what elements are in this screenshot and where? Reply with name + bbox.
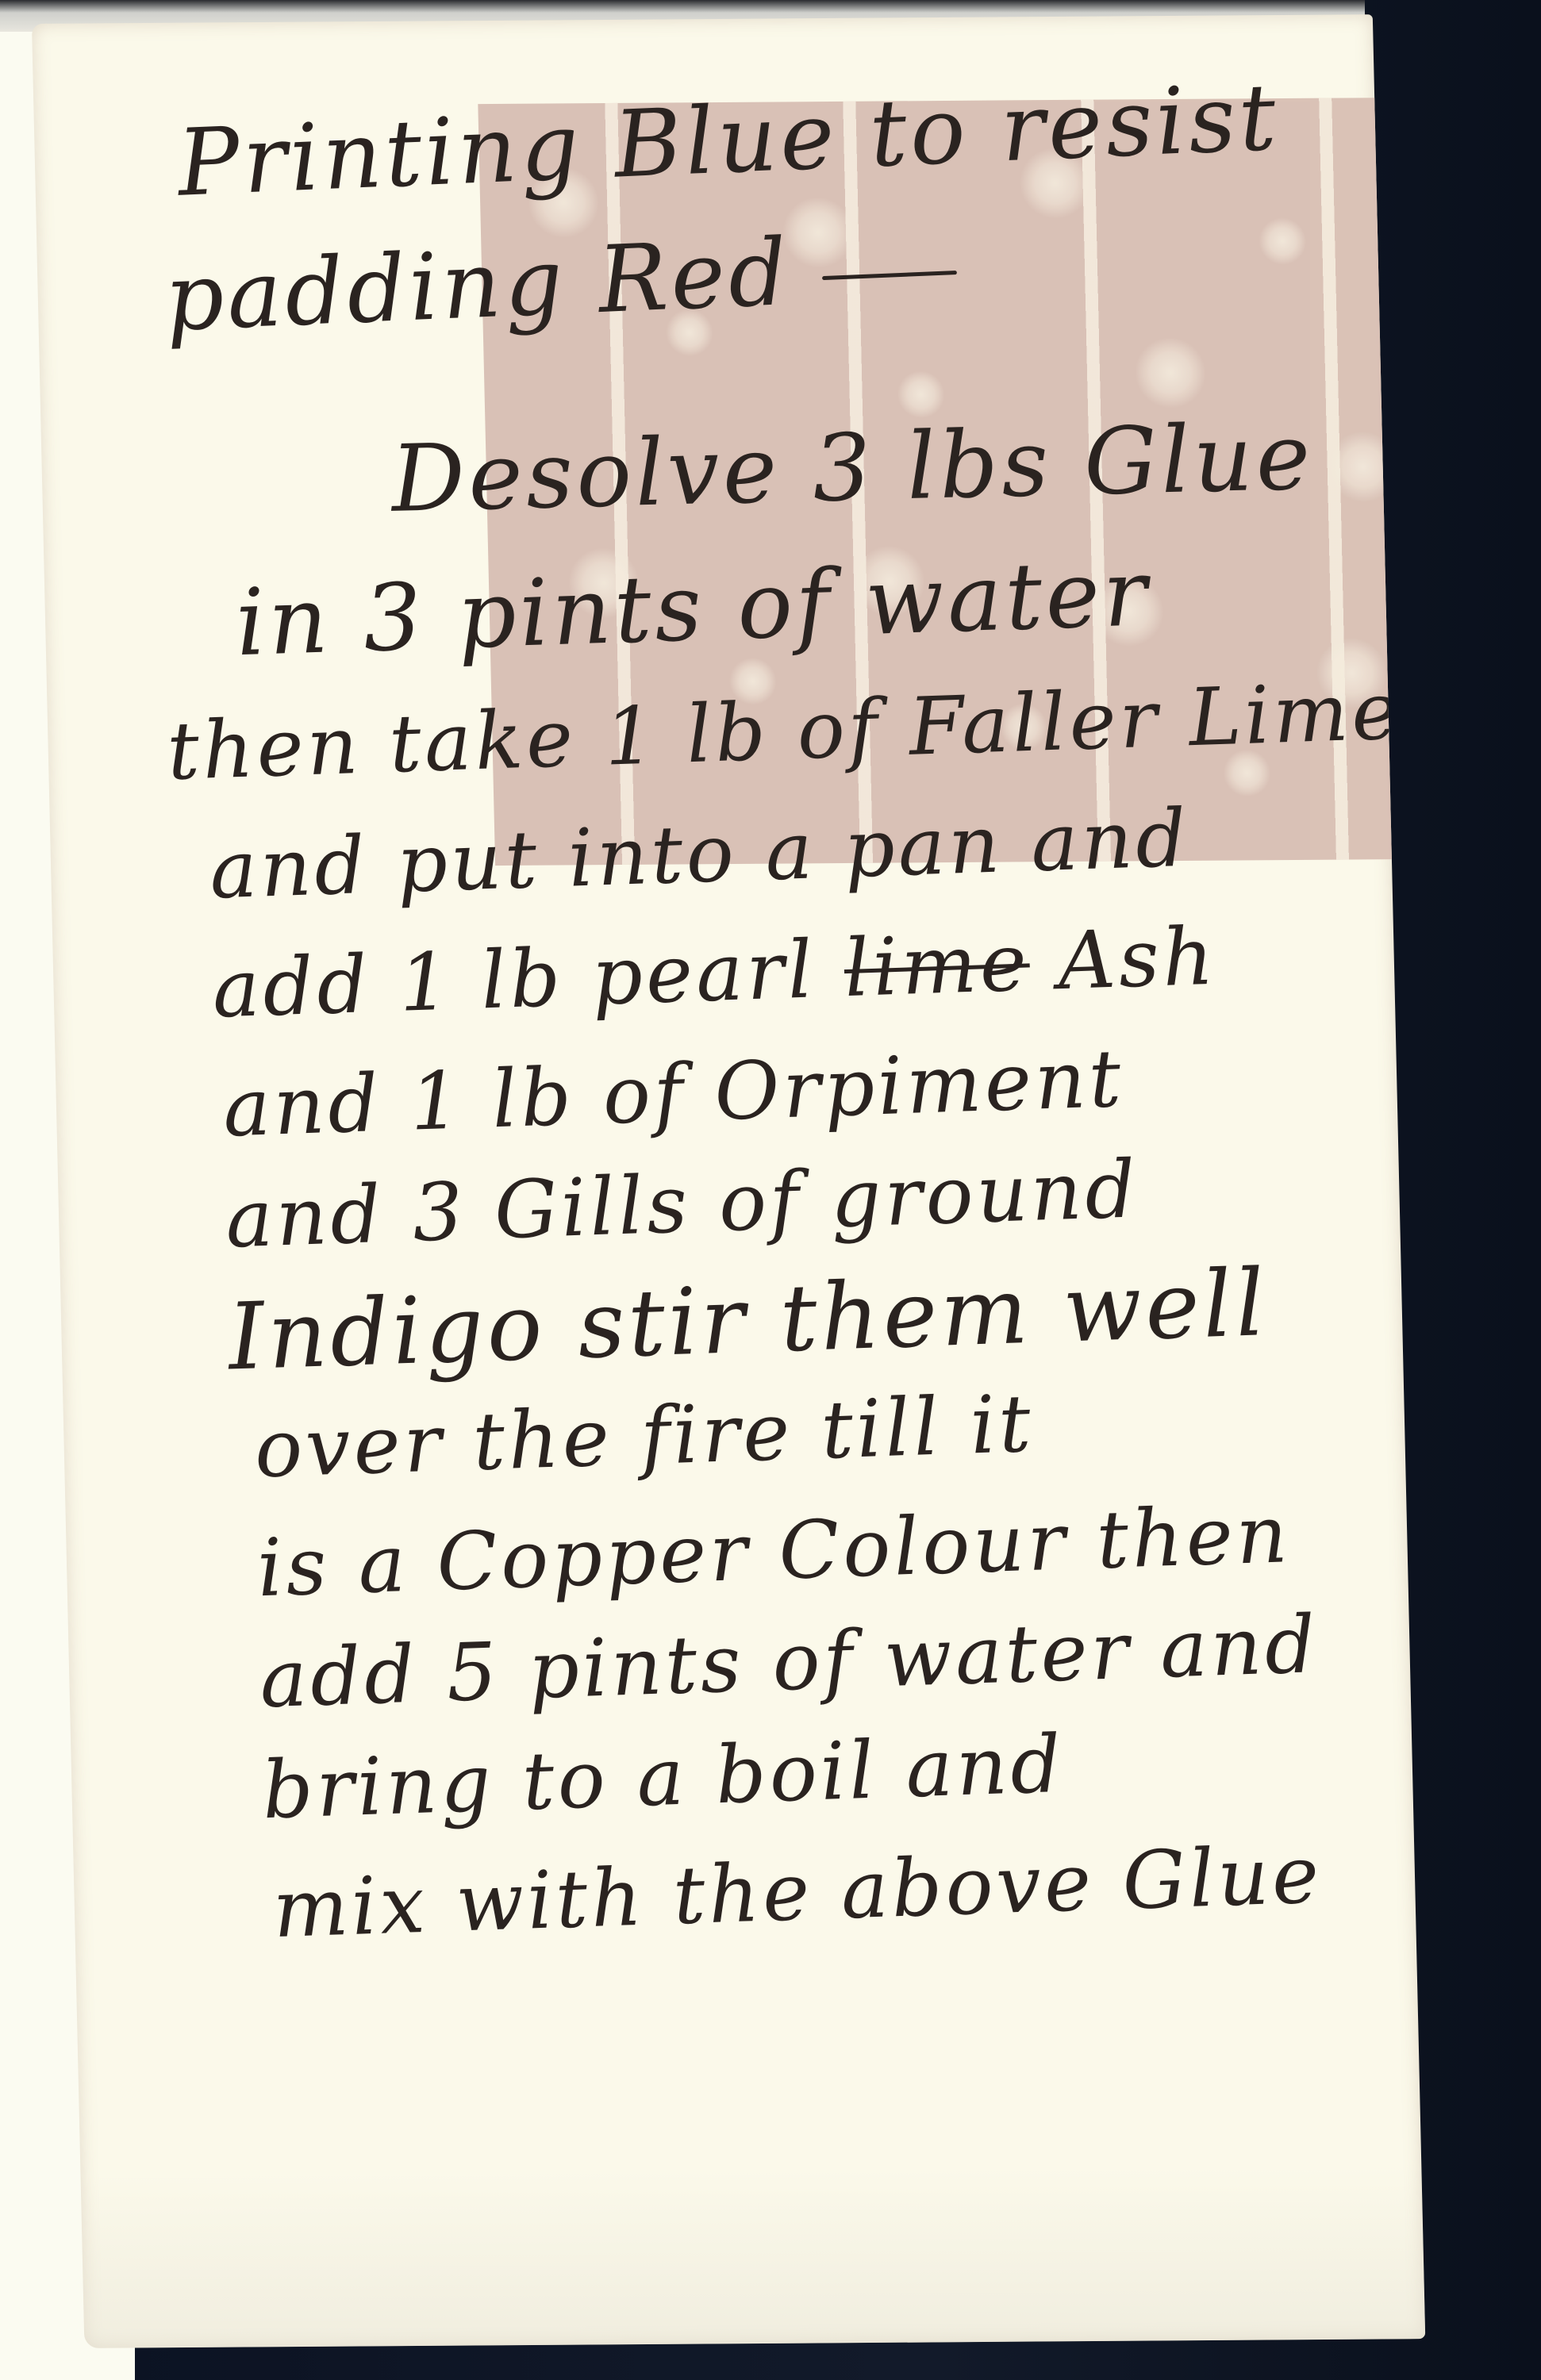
- body-line-12: bring to a boil and: [260, 1718, 1066, 1837]
- body-line-3: then take 1 lb of Faller Lime: [165, 664, 1404, 798]
- title-line-2: padding Red: [162, 212, 959, 352]
- body-line-4: and put into a pan and: [207, 792, 1191, 917]
- body-line-7: and 3 Gills of ground: [223, 1142, 1141, 1265]
- body-line-9: over the fire till it: [252, 1377, 1036, 1496]
- body-line-5-post: Ash: [1028, 910, 1219, 1009]
- dash-mark: [822, 271, 957, 280]
- title-line-1: Printing Blue to resist: [175, 64, 1282, 217]
- body-line-11: add 5 pints of water and: [257, 1598, 1320, 1725]
- body-line-5-pre: add 1 lb pearl: [210, 922, 847, 1035]
- title-line-2-text: padding Red: [162, 219, 794, 352]
- body-line-5: add 1 lb pearl lime Ash: [210, 910, 1219, 1036]
- body-line-8: Indigo stir them well: [225, 1249, 1270, 1391]
- body-line-2: in 3 pints of water: [233, 539, 1153, 677]
- handwriting: Printing Blue to resist padding Red Deso…: [32, 14, 1425, 2348]
- page-shadow: [80, 2164, 1425, 2348]
- manuscript-page: Printing Blue to resist padding Red Deso…: [32, 14, 1425, 2348]
- body-line-6: and 1 lb of Orpiment: [221, 1032, 1126, 1155]
- body-line-1: Desolve 3 lbs Glue: [389, 404, 1315, 533]
- photo-stage: Printing Blue to resist padding Red Deso…: [0, 0, 1541, 2380]
- struck-word: lime: [842, 916, 1032, 1015]
- body-line-10: is a Copper Colour then: [255, 1487, 1292, 1614]
- body-line-13: mix with the above Glue: [271, 1828, 1324, 1956]
